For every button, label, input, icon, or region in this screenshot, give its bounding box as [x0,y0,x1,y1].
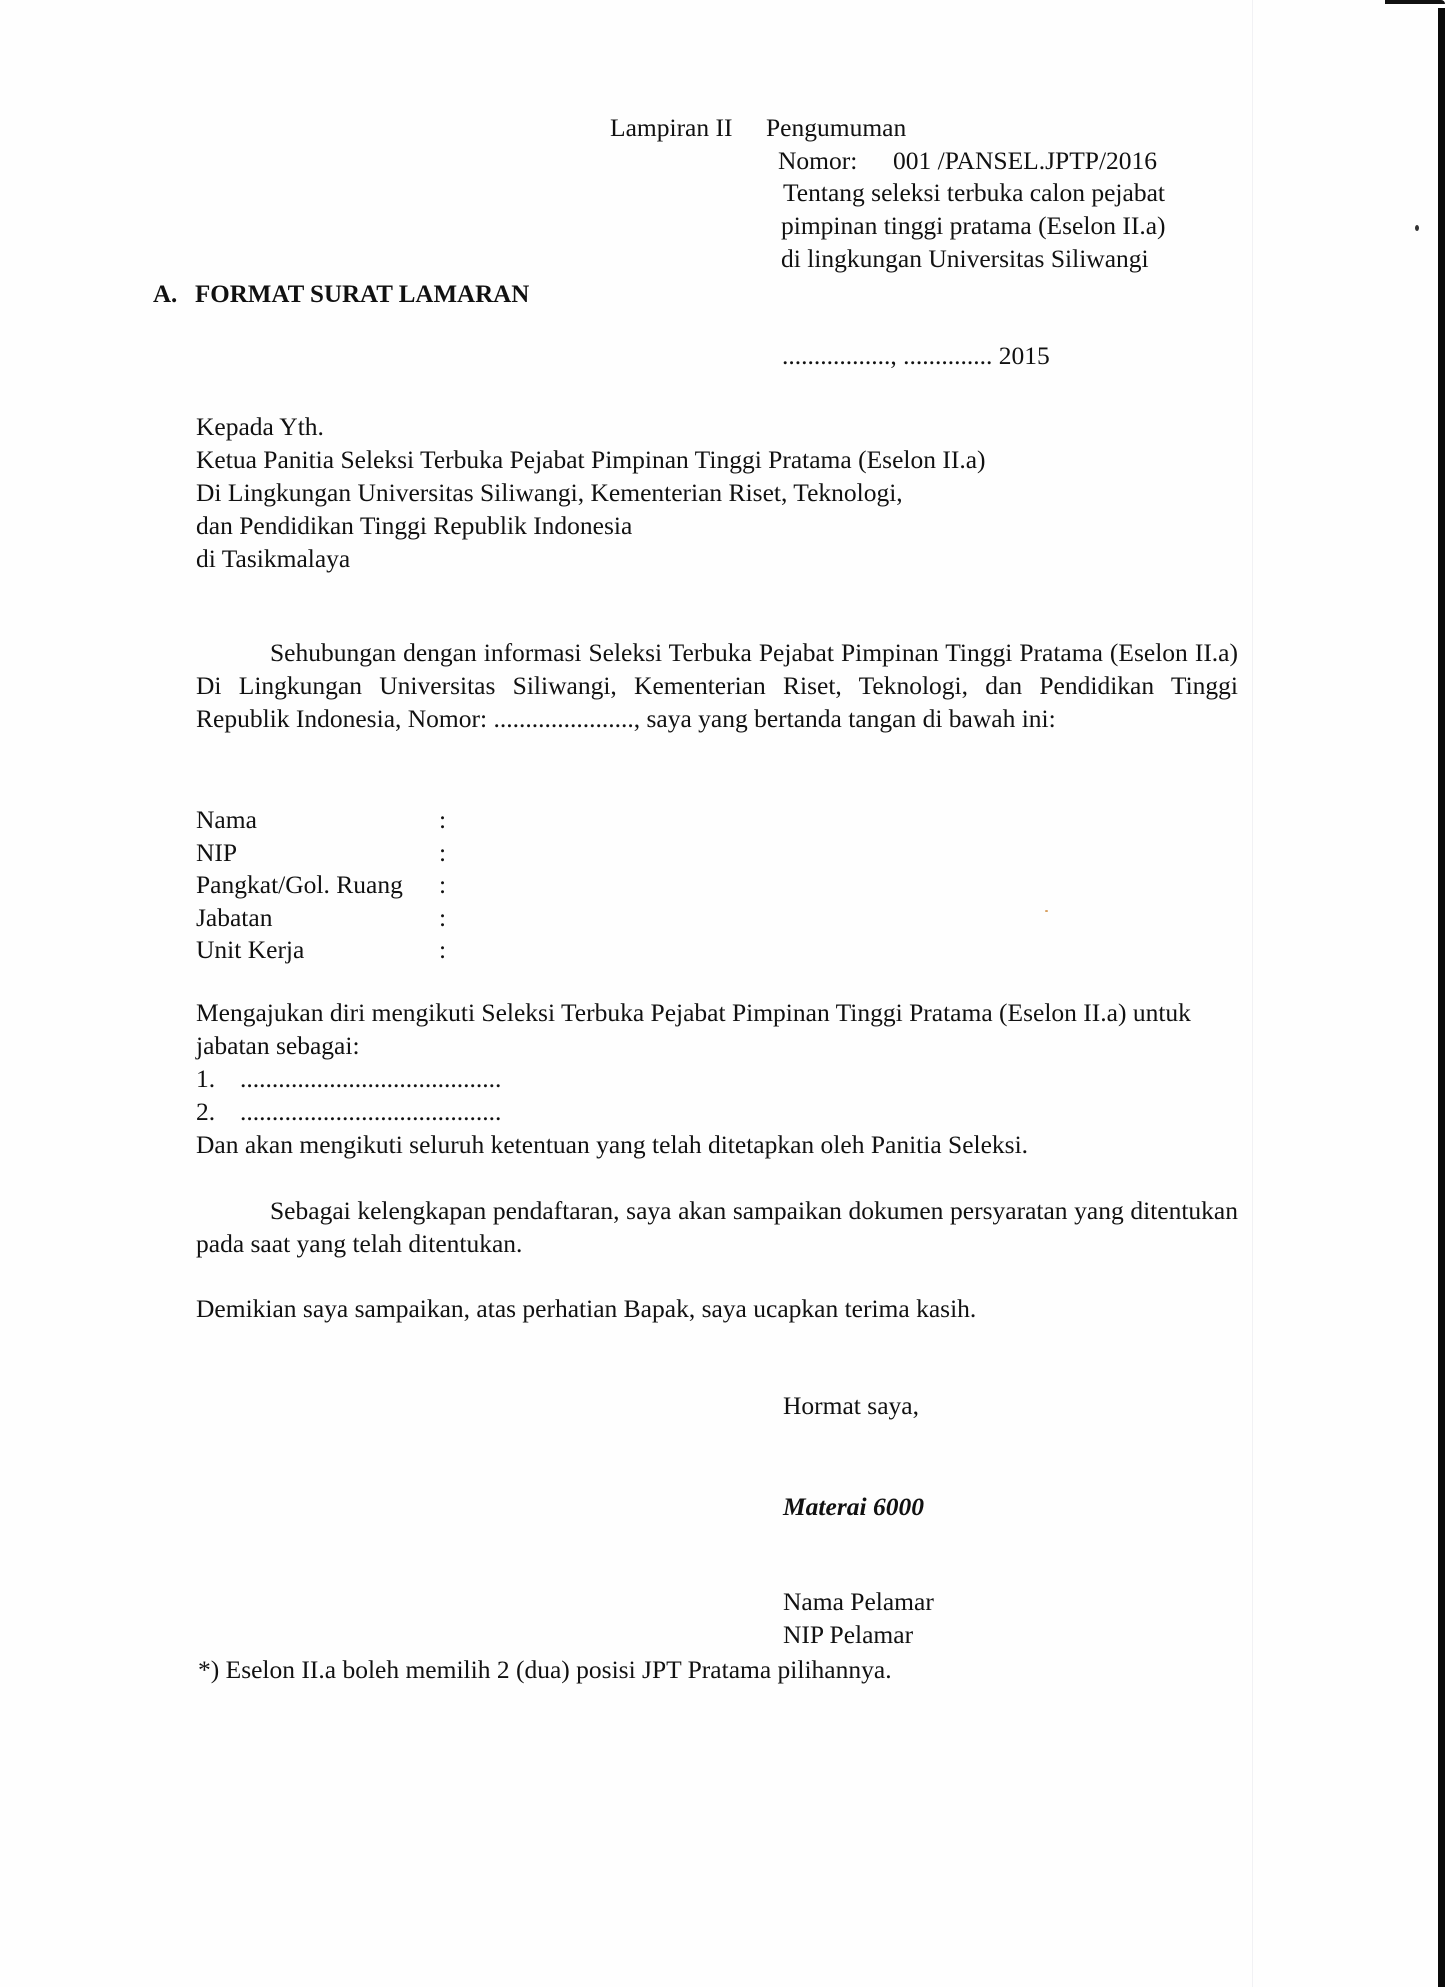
choice-blank: ........................................… [240,1097,501,1126]
nomor-label: Nomor: [778,144,893,177]
thanks-paragraph: Demikian saya sampaikan, atas perhatian … [196,1292,976,1325]
section-title: FORMAT SURAT LAMARAN [195,281,529,308]
scan-speck [1045,910,1048,912]
field-row-nama: Nama: [196,804,403,837]
application-closing: Dan akan mengikuti seluruh ketentuan yan… [196,1128,1028,1161]
field-colon: : [439,934,446,967]
application-paragraph: Mengajukan diri mengikuti Seleksi Terbuk… [196,996,1238,1062]
date-line: ................., .............. 2015 [782,339,1050,372]
lampiran-label: Lampiran II [610,111,766,144]
documents-paragraph: Sebagai kelengkapan pendaftaran, saya ak… [196,1194,1238,1260]
scan-edge-top [1385,0,1445,4]
materai-text: Materai 6000 [783,1490,924,1523]
lampiran-line: Lampiran IIPengumuman [610,111,906,144]
applicant-name: Nama Pelamar [783,1585,934,1618]
tentang-block: Tentang seleksi terbuka calon pejabat pi… [783,176,1166,275]
field-row-unit-kerja: Unit Kerja: [196,934,403,967]
footnote: *) Eselon II.a boleh memilih 2 (dua) pos… [198,1653,892,1686]
recipient-block: Kepada Yth. Ketua Panitia Seleksi Terbuk… [196,410,986,575]
applicant-nip: NIP Pelamar [783,1618,934,1651]
scan-speck [1415,225,1419,231]
greeting-text: Hormat saya, [783,1389,919,1422]
field-colon: : [439,869,446,902]
choice-blank: ........................................… [240,1064,501,1093]
field-label: Nama [196,805,257,834]
field-row-pangkat: Pangkat/Gol. Ruang: [196,869,403,902]
applicant-fields: Nama: NIP: Pangkat/Gol. Ruang: Jabatan: … [196,804,403,967]
documents-text: Sebagai kelengkapan pendaftaran, saya ak… [196,1196,1238,1258]
recipient-line: dan Pendidikan Tinggi Republik Indonesia [196,509,986,542]
nomor-line: Nomor:001 /PANSEL.JPTP/2016 [778,144,1157,177]
tentang-line: pimpinan tinggi pratama (Eselon II.a) [781,209,1166,242]
tentang-line: di lingkungan Universitas Siliwangi [781,242,1166,275]
field-colon: : [439,837,446,870]
position-choice-2: 2.......................................… [196,1095,501,1128]
stamp-placeholder: Materai 6000 [783,1490,924,1523]
field-row-nip: NIP: [196,837,403,870]
section-heading: A.FORMAT SURAT LAMARAN [153,278,529,311]
intro-paragraph: Sehubungan dengan informasi Seleksi Terb… [196,636,1238,735]
intro-text: Sehubungan dengan informasi Seleksi Terb… [196,638,1238,733]
section-number: A. [153,278,195,311]
choice-number: 2. [196,1095,240,1128]
recipient-line: Di Lingkungan Universitas Siliwangi, Kem… [196,476,986,509]
signature-block: Nama Pelamar NIP Pelamar [783,1585,934,1651]
signature-greeting: Hormat saya, [783,1389,919,1422]
field-row-jabatan: Jabatan: [196,902,403,935]
field-label: Jabatan [196,903,272,932]
lampiran-value: Pengumuman [766,113,906,142]
nomor-value: 001 /PANSEL.JPTP/2016 [893,146,1157,175]
scan-shade [1252,0,1253,1987]
recipient-line: Ketua Panitia Seleksi Terbuka Pejabat Pi… [196,443,986,476]
field-label: Unit Kerja [196,935,304,964]
choice-number: 1. [196,1062,240,1095]
field-colon: : [439,804,446,837]
recipient-line: Kepada Yth. [196,410,986,443]
tentang-line: Tentang seleksi terbuka calon pejabat [783,176,1166,209]
scanned-page: Lampiran IIPengumuman Nomor:001 /PANSEL.… [0,0,1445,1987]
scan-edge-right [1438,8,1445,1987]
field-label: Pangkat/Gol. Ruang [196,870,403,899]
recipient-line: di Tasikmalaya [196,542,986,575]
position-choices: 1.......................................… [196,1062,501,1128]
field-colon: : [439,902,446,935]
position-choice-1: 1.......................................… [196,1062,501,1095]
field-label: NIP [196,838,237,867]
